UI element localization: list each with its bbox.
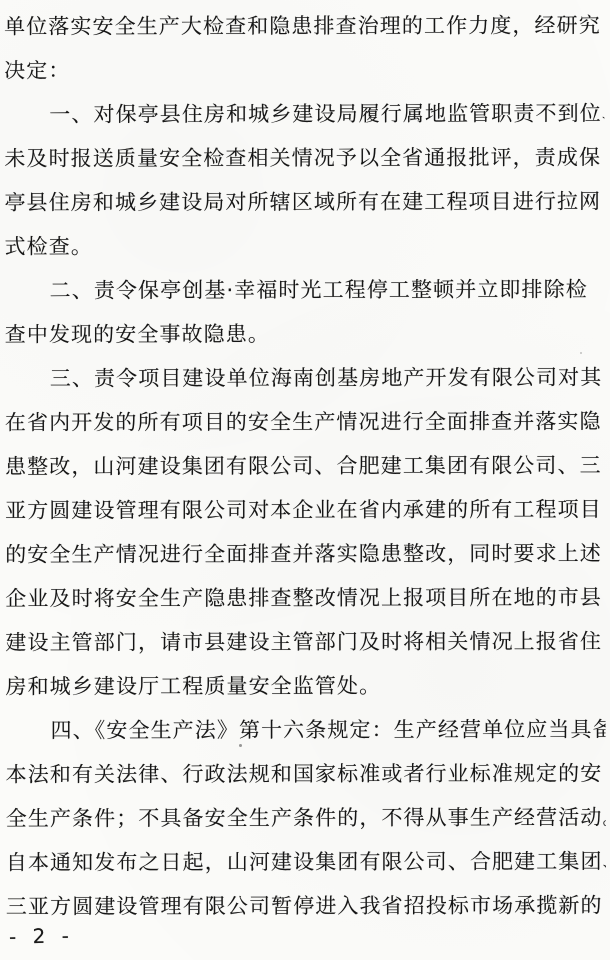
- document-page: 单位落实安全生产大检查和隐患排查治理的工作力度，经研究 决定： 一、对保亭县住房…: [0, 0, 610, 960]
- page-number: - 2 -: [9, 923, 74, 948]
- text-line: 自本通知发布之日起，山河建设集团有限公司、合肥建工集团、: [6, 839, 606, 884]
- text-line: 亚方圆建设管理有限公司对本企业在省内承建的所有工程项目: [5, 487, 605, 532]
- document-body: 单位落实安全生产大检查和隐患排查治理的工作力度，经研究 决定： 一、对保亭县住房…: [4, 3, 606, 928]
- text-line: 的安全生产情况进行全面排查并落实隐患整改，同时要求上述: [5, 531, 605, 576]
- text-line: 四、《安全生产法》第十六条规定：生产经营单位应当具备: [6, 707, 606, 752]
- text-line: 未及时报送质量安全检查相关情况予以全省通报批评，责成保: [4, 135, 604, 180]
- text-line: 决定：: [4, 47, 604, 92]
- text-line: 建设主管部门，请市县建设主管部门及时将相关情况上报省住: [5, 619, 605, 664]
- text-line: 查中发现的安全事故隐患。: [5, 311, 605, 356]
- text-line: 单位落实安全生产大检查和隐患排查治理的工作力度，经研究: [4, 3, 604, 48]
- text-line: 式检查。: [4, 223, 604, 268]
- text-line: 二、责令保亭创基·幸福时光工程停工整顿并立即排除检: [5, 267, 605, 312]
- text-line: 在省内开发的所有项目的安全生产情况进行全面排查并落实隐: [5, 399, 605, 444]
- text-line: 患整改，山河建设集团有限公司、合肥建工集团有限公司、三: [5, 443, 605, 488]
- text-line: 本法和有关法律、行政法规和国家标准或者行业标准规定的安: [6, 751, 606, 796]
- text-line: 企业及时将安全生产隐患排查整改情况上报项目所在地的市县: [5, 575, 605, 620]
- text-line: 全生产条件；不具备安全生产条件的，不得从事生产经营活动。: [6, 795, 606, 840]
- text-line: 一、对保亭县住房和城乡建设局履行属地监管职责不到位、: [4, 91, 604, 136]
- scan-speck: [580, 352, 582, 354]
- text-line: 三、责令项目建设单位海南创基房地产开发有限公司对其: [5, 355, 605, 400]
- text-line: 房和城乡建设厅工程质量安全监管处。: [5, 663, 605, 708]
- scan-speck: [239, 744, 242, 747]
- text-line: 亭县住房和城乡建设局对所辖区域所有在建工程项目进行拉网: [4, 179, 604, 224]
- text-line: 三亚方圆建设管理有限公司暂停进入我省招投标市场承揽新的: [6, 883, 606, 928]
